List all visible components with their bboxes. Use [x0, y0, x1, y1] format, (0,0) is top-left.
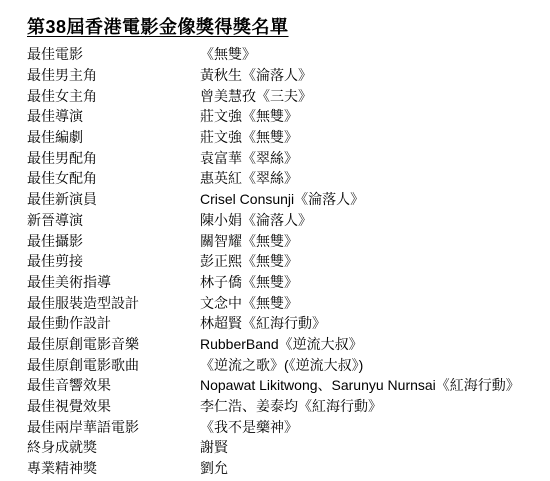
award-winner: RubberBand《逆流大叔》 — [200, 334, 550, 354]
award-category: 最佳動作設計 — [27, 313, 200, 333]
award-row: 最佳原創電影音樂 RubberBand《逆流大叔》 — [27, 334, 550, 355]
award-category: 最佳美術指導 — [27, 272, 200, 292]
award-row: 專業精神獎 劉允 — [27, 458, 550, 479]
award-winner: 《我不是藥神》 — [200, 417, 550, 437]
award-winner: 林子僑《無雙》 — [200, 272, 550, 292]
award-category: 最佳男主角 — [27, 65, 200, 85]
award-winner: 莊文強《無雙》 — [200, 127, 550, 147]
award-winner: 袁富華《翠絲》 — [200, 148, 550, 168]
award-category: 專業精神獎 — [27, 458, 200, 478]
award-winner: 《無雙》 — [200, 44, 550, 64]
award-row: 最佳導演 莊文強《無雙》 — [27, 106, 550, 127]
award-category: 最佳女配角 — [27, 168, 200, 188]
award-winner: 惠英紅《翠絲》 — [200, 168, 550, 188]
award-category: 最佳兩岸華語電影 — [27, 417, 200, 437]
award-winner: 黃秋生《淪落人》 — [200, 65, 550, 85]
award-winner: 陳小娟《淪落人》 — [200, 210, 550, 230]
award-category: 最佳原創電影音樂 — [27, 334, 200, 354]
award-row: 最佳男主角 黃秋生《淪落人》 — [27, 65, 550, 86]
award-category: 最佳男配角 — [27, 148, 200, 168]
award-category: 最佳攝影 — [27, 231, 200, 251]
award-category: 最佳音響效果 — [27, 375, 200, 395]
award-row: 終身成就獎 謝賢 — [27, 437, 550, 458]
award-row: 最佳美術指導 林子僑《無雙》 — [27, 272, 550, 293]
award-row: 最佳電影 《無雙》 — [27, 44, 550, 65]
award-winner: 《逆流之歌》(《逆流大叔》) — [200, 355, 550, 375]
award-category: 終身成就獎 — [27, 437, 200, 457]
award-winner: 文念中《無雙》 — [200, 293, 550, 313]
award-winner: 劉允 — [200, 458, 550, 478]
award-row: 最佳兩岸華語電影 《我不是藥神》 — [27, 416, 550, 437]
award-row: 新晉導演 陳小娟《淪落人》 — [27, 210, 550, 231]
page-title: 第38屆香港電影金像獎得獎名單 — [27, 13, 289, 39]
award-category: 最佳原創電影歌曲 — [27, 355, 200, 375]
award-category: 新晉導演 — [27, 210, 200, 230]
award-row: 最佳原創電影歌曲 《逆流之歌》(《逆流大叔》) — [27, 354, 550, 375]
award-row: 最佳女主角 曾美慧孜《三夫》 — [27, 85, 550, 106]
award-category: 最佳服裝造型設計 — [27, 293, 200, 313]
award-row: 最佳服裝造型設計 文念中《無雙》 — [27, 292, 550, 313]
award-row: 最佳音響效果 Nopawat Likitwong、Sarunyu Nurnsai… — [27, 375, 550, 396]
award-row: 最佳新演員 Crisel Consunji《淪落人》 — [27, 189, 550, 210]
award-row: 最佳動作設計 林超賢《紅海行動》 — [27, 313, 550, 334]
award-winner: Nopawat Likitwong、Sarunyu Nurnsai《紅海行動》 — [200, 375, 550, 395]
award-row: 最佳剪接 彭正熙《無雙》 — [27, 251, 550, 272]
award-winner: 關智耀《無雙》 — [200, 231, 550, 251]
award-winner: 曾美慧孜《三夫》 — [200, 86, 550, 106]
award-winner: 林超賢《紅海行動》 — [200, 313, 550, 333]
award-row: 最佳視覺效果 李仁浩、姜泰均《紅海行動》 — [27, 396, 550, 417]
award-category: 最佳視覺效果 — [27, 396, 200, 416]
award-row: 最佳編劇 莊文強《無雙》 — [27, 127, 550, 148]
award-winner: 莊文強《無雙》 — [200, 106, 550, 126]
award-winner: 彭正熙《無雙》 — [200, 251, 550, 271]
award-winner: 謝賢 — [200, 437, 550, 457]
award-category: 最佳電影 — [27, 44, 200, 64]
document-page: 第38屆香港電影金像獎得獎名單 最佳電影 《無雙》 最佳男主角 黃秋生《淪落人》… — [0, 0, 550, 481]
award-row: 最佳攝影 關智耀《無雙》 — [27, 230, 550, 251]
award-row: 最佳女配角 惠英紅《翠絲》 — [27, 168, 550, 189]
award-category: 最佳新演員 — [27, 189, 200, 209]
award-winner: Crisel Consunji《淪落人》 — [200, 189, 550, 209]
award-category: 最佳女主角 — [27, 86, 200, 106]
awards-list: 最佳電影 《無雙》 最佳男主角 黃秋生《淪落人》 最佳女主角 曾美慧孜《三夫》 … — [27, 44, 550, 478]
award-category: 最佳編劇 — [27, 127, 200, 147]
award-category: 最佳導演 — [27, 106, 200, 126]
award-category: 最佳剪接 — [27, 251, 200, 271]
award-winner: 李仁浩、姜泰均《紅海行動》 — [200, 396, 550, 416]
award-row: 最佳男配角 袁富華《翠絲》 — [27, 147, 550, 168]
